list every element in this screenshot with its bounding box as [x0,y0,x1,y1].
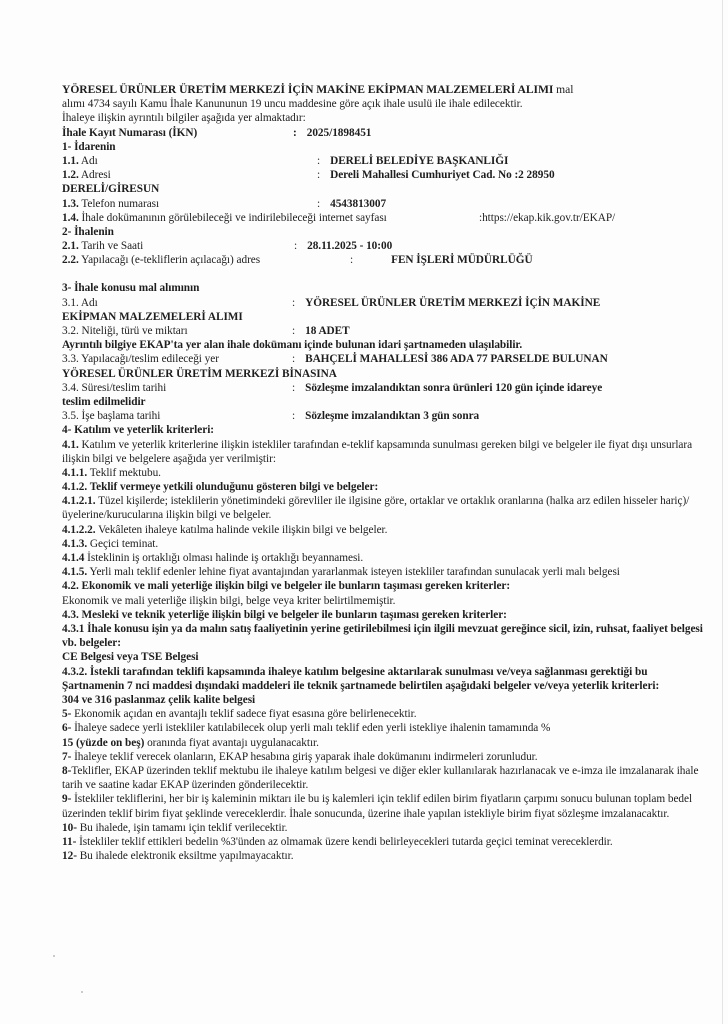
admin-website-label: İhale dokümanının görülebileceği ve indi… [79,212,387,224]
clause-4-1-5: 4.1.5. Yerli malı teklif edenler lehine … [62,565,710,579]
duration-label: 3.4. Süresi/teslim tarihi [62,382,166,394]
section3-heading: 3- İhale konusu mal alımının [62,281,710,295]
item-number: 4.1.3. [62,538,87,550]
admin-address-label: Adresi [79,169,111,181]
tender-date-label: Tarih ve Saati [79,240,143,252]
article-number: 7- [62,751,71,763]
clause-4-2-text: Ekonomik ve mali yeterliğe ilişkin bilgi… [62,594,710,608]
subject-qty-value: 18 ADET [305,325,350,337]
colon: : [317,198,320,210]
duration-row: 3.4. Süresi/teslim tarihi :Sözleşme imza… [62,381,710,395]
clause-4-1: 4.1. Katılım ve yeterlik kriterlerine il… [62,438,710,466]
article-5: 5- Ekonomik açıdan en avantajlı teklif s… [62,707,710,721]
article-6-cont: 15 (yüzde on beş) oranında fiyat avantaj… [62,736,710,750]
clause-text: Yerli malı teklif edenler lehine fiyat a… [87,566,620,578]
clause-text: Katılım ve yeterlik kriterlerine ilişkin… [62,439,692,465]
clause-text: Teklif mektubu. [87,467,161,479]
document-title: YÖRESEL ÜRÜNLER ÜRETİM MERKEZİ İÇİN MAKİ… [62,83,553,96]
price-advantage-rate: 15 (yüzde on beş) [62,737,144,749]
subject-qty-row: 3.2. Niteliği, türü ve miktarı :18 ADET [62,324,710,338]
item-number: 4.1.2.2. [62,524,96,536]
item-number: 2.1. [62,240,79,252]
clause-4-1-1: 4.1.1. Teklif mektubu. [62,466,710,480]
clause-text: Tüzel kişilerde; isteklilerin yönetimind… [62,495,689,521]
article-number: 9- [62,793,71,805]
duration-value: Sözleşme imzalandıktan sonra ürünleri 12… [305,382,602,394]
article-text: Ekonomik açıdan en avantajlı teklif sade… [71,708,416,720]
clause-4-3-1-value: CE Belgesi veya TSE Belgesi [62,650,710,664]
delivery-place-label: 3.3. Yapılacağı/teslim edileceği yer [62,353,219,365]
clause-4-3-1: 4.3.1 İhale konusu işin ya da malın satı… [62,622,710,650]
item-number: 1.3. [62,198,79,210]
page-edge [722,0,723,1024]
colon: : [292,382,295,394]
item-number: 1.1. [62,155,79,167]
article-number: 10- [62,822,77,834]
clause-text: Geçici teminat. [87,538,158,550]
section2-heading: 2- İhalenin [62,225,710,239]
tender-date-row: 2.1. Tarih ve Saati :28.11.2025 - 10:00 [62,239,710,253]
start-date-value: Sözleşme imzalandıktan 3 gün sonra [305,410,479,422]
article-number: 6- [62,722,71,734]
article-number: 12- [62,850,77,862]
delivery-place-value: BAHÇELİ MAHALLESİ 386 ADA 77 PARSELDE BU… [305,353,608,365]
ikn-row: İhale Kayıt Numarası (İKN) :2025/1898451 [62,126,710,140]
article-text: İstekliler tekliflerini, her bir iş kale… [62,793,692,819]
colon: : [317,169,320,181]
colon: : [294,240,297,252]
article-text: İstekliler teklif ettikleri bedelin %3'ü… [76,836,612,848]
article-text: oranında fiyat avantajı uygulanacaktır. [144,737,319,749]
ikn-label: İhale Kayıt Numarası (İKN) [62,127,197,139]
colon: : [350,254,353,266]
article-9: 9- İstekliler tekliflerini, her bir iş k… [62,792,710,820]
intro-line: İhaleye ilişkin ayrıntılı bilgiler aşağı… [62,111,710,125]
item-number: 1.2. [62,169,79,181]
article-text: Teklifler, EKAP üzerinden teklif mektubu… [62,765,698,791]
admin-address-cont: DERELİ/GİRESUN [62,182,710,196]
article-text: Bu ihalede elektronik eksiltme yapılmaya… [77,850,294,862]
article-text: Bu ihalede, işin tamamı için teklif veri… [77,822,288,834]
admin-address-row: 1.2. Adresi :Dereli Mahallesi Cumhuriyet… [62,168,710,182]
clause-4-1-4: 4.1.4 İsteklinin iş ortaklığı olması hal… [62,551,710,565]
tender-date-value: 28.11.2025 - 10:00 [307,240,392,252]
article-number: 11- [62,836,76,848]
item-number: 4.1.2.1. [62,495,96,507]
colon: : [317,155,320,167]
delivery-place-row: 3.3. Yapılacağı/teslim edileceği yer :BA… [62,352,710,366]
subject-name-cont: EKİPMAN MALZEMELERİ ALIMI [62,310,710,324]
clause-4-1-3: 4.1.3. Geçici teminat. [62,537,710,551]
scan-speck [53,955,55,957]
clause-4-1-2-2: 4.1.2.2. Vekâleten ihaleye katılma halin… [62,523,710,537]
article-6: 6- İhaleye sadece yerli istekliler katıl… [62,721,710,735]
admin-phone-label: Telefon numarası [79,198,159,210]
clause-4-3-2-value: 304 ve 316 paslanmaz çelik kalite belges… [62,693,710,707]
title-rest: mal [553,83,573,96]
admin-address-value: Dereli Mahallesi Cumhuriyet Cad. No :2 2… [330,169,554,181]
clause-text: İsteklinin iş ortaklığı olması halinde i… [84,552,363,564]
admin-phone-value: 4543813007 [330,198,386,210]
admin-name-label: Adı [79,155,98,167]
colon: : [293,127,297,139]
item-number: 4.1.5. [62,566,87,578]
admin-website-row: 1.4. İhale dokümanının görülebileceği ve… [62,211,710,225]
section4-heading: 4- Katılım ve yeterlik kriterleri: [62,423,710,437]
article-8: 8-Teklifler, EKAP üzerinden teklif mektu… [62,764,710,792]
colon: : [292,297,295,309]
admin-name-row: 1.1. Adı :DERELİ BELEDİYE BAŞKANLIĞI [62,154,710,168]
colon: : [292,325,295,337]
tender-place-value: FEN İŞLERİ MÜDÜRLÜĞÜ [391,254,532,266]
colon: : [292,353,295,365]
admin-name-value: DERELİ BELEDİYE BAŞKANLIĞI [330,155,508,167]
item-number: 4.1. [62,439,79,451]
duration-cont: teslim edilmelidir [62,395,710,409]
ikn-value: 2025/1898451 [307,127,372,139]
intro-line: alımı 4734 sayılı Kamu İhale Kanununun 1… [62,97,710,111]
tender-place-row: 2.2. Yapılacağı (e-tekliflerin açılacağı… [62,253,710,267]
article-12: 12- Bu ihalede elektronik eksiltme yapıl… [62,849,710,863]
article-number: 8- [62,765,71,777]
item-number: 4.1.4 [62,552,84,564]
title-line: YÖRESEL ÜRÜNLER ÜRETİM MERKEZİ İÇİN MAKİ… [62,83,710,97]
article-text: İhaleye teklif verecek olanların, EKAP h… [71,751,537,763]
tender-place-label: Yapılacağı (e-tekliflerin açılacağı) adr… [79,254,260,266]
tender-announcement: YÖRESEL ÜRÜNLER ÜRETİM MERKEZİ İÇİN MAKİ… [62,83,710,863]
subject-qty-label: 3.2. Niteliği, türü ve miktarı [62,325,188,337]
subject-name-row: 3.1. Adı :YÖRESEL ÜRÜNLER ÜRETİM MERKEZİ… [62,296,710,310]
admin-website-link[interactable]: :https://ekap.kik.gov.tr/EKAP/ [479,212,615,224]
article-text: İhaleye sadece yerli istekliler katılabi… [71,722,550,734]
clause-text: Vekâleten ihaleye katılma halinde vekile… [96,524,388,536]
item-number: 4.1.1. [62,467,87,479]
colon: : [292,410,295,422]
scan-speck [81,991,83,993]
start-date-row: 3.5. İşe başlama tarihi :Sözleşme imzala… [62,409,710,423]
article-11: 11- İstekliler teklif ettikleri bedelin … [62,835,710,849]
article-10: 10- Bu ihalede, işin tamamı için teklif … [62,821,710,835]
article-number: 5- [62,708,71,720]
subject-name-label: 3.1. Adı [62,297,98,309]
item-number: 2.2. [62,254,79,266]
clause-4-2: 4.2. Ekonomik ve mali yeterliğe ilişkin … [62,579,710,593]
delivery-place-cont: YÖRESEL ÜRÜNLER ÜRETİM MERKEZİ BİNASINA [62,367,710,381]
admin-phone-row: 1.3. Telefon numarası :4543813007 [62,197,710,211]
start-date-label: 3.5. İşe başlama tarihi [62,410,160,422]
section1-heading: 1- İdarenin [62,140,710,154]
clause-4-1-2-1: 4.1.2.1. Tüzel kişilerde; isteklilerin y… [62,494,710,522]
clause-4-1-2: 4.1.2. Teklif vermeye yetkili olunduğunu… [62,480,710,494]
article-7: 7- İhaleye teklif verecek olanların, EKA… [62,750,710,764]
item-number: 1.4. [62,212,79,224]
subject-name-value: YÖRESEL ÜRÜNLER ÜRETİM MERKEZİ İÇİN MAKİ… [305,297,600,309]
subject-qty-note: Ayrıntılı bilgiye EKAP'ta yer alan ihale… [62,338,710,352]
clause-4-3: 4.3. Mesleki ve teknik yeterliğe ilişkin… [62,608,710,622]
clause-4-3-2: 4.3.2. İstekli tarafından teklifi kapsam… [62,665,710,693]
